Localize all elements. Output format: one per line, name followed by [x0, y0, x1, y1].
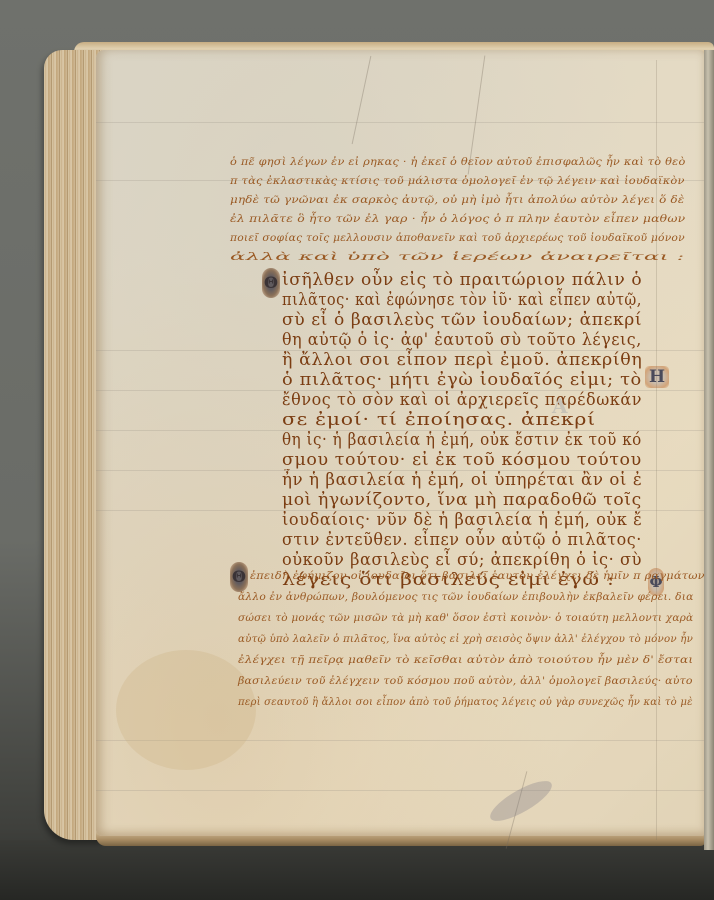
main-text-line: ἔθνος τὸ σὸν καὶ οἱ ἀρχιερεῖς παρέδωκάν — [282, 390, 642, 410]
crease — [352, 56, 372, 144]
decorated-initial: Θ — [230, 562, 248, 592]
gutter-next-page — [704, 50, 714, 850]
commentary-line: ἄλλο ἐν ἀνθρώπων, βουλόμενος τις τῶν ἰου… — [238, 591, 693, 603]
marginal-section-mark: H — [645, 366, 669, 388]
commentary-line: βασιλεύειν τοῦ ἐλέγχειν τοῦ κόσμου ποῦ α… — [238, 675, 693, 687]
commentary-line: σώσει τὸ μονάς τῶν μισῶν τὰ μὴ καθ' ὅσον… — [238, 612, 693, 624]
commentary-line: περὶ σεαυτοῦ ἢ ἄλλοι σοι εἶπον ἀπὸ τοῦ ῥ… — [238, 696, 693, 708]
decorated-initial: Θ — [262, 268, 280, 298]
ruling-line — [96, 790, 704, 791]
main-text-line: ἦν ἡ βασιλεία ἡ ἐμή, οἱ ὑπηρέται ἂν οἱ ἐ — [282, 470, 642, 490]
commentary-line: ἐπειδὴ ἐφήμιζον οἱ ἰουδαῖοι ὅτι βασιλεῖ … — [250, 570, 705, 582]
main-text-line: σμου τούτου· εἰ ἐκ τοῦ κόσμου τούτου — [282, 450, 642, 470]
main-text-line: οὐκοῦν βασιλεὺς εἶ σύ; ἀπεκρίθη ὁ ἰς· σὺ — [282, 550, 642, 570]
main-text-line: θη αὐτῷ ὁ ἰς· ἀφ' ἑαυτοῦ σὺ τοῦτο λέγεις… — [282, 330, 642, 350]
main-text-line: μοὶ ἠγωνίζοντο, ἵνα μὴ παραδοθῶ τοῖς — [282, 490, 642, 510]
commentary-line: ποιεῖ σοφίας τοῖς μελλουσιν ἀποθανεῖν κα… — [230, 232, 685, 244]
main-text-line: θη ἰς· ἡ βασιλεία ἡ ἐμή, οὐκ ἔστιν ἐκ το… — [282, 430, 642, 450]
main-text-line: ἰσῆλθεν οὖν εἰς τὸ πραιτώριον πάλιν ὁ — [282, 270, 642, 290]
fore-edge-stack — [44, 50, 104, 840]
faded-initial: Α — [552, 394, 568, 418]
main-text-line: στιν ἐντεῦθεν. εἶπεν οὖν αὐτῷ ὁ πιλᾶτος· — [282, 530, 642, 550]
main-text-line: ἰουδαίοις· νῦν δὲ ἡ βασιλεία ἡ ἐμή, οὐκ … — [282, 510, 642, 530]
main-text-line: πιλᾶτος· καὶ ἐφώνησε τὸν ἰῦ· καὶ εἶπεν α… — [282, 290, 642, 310]
main-text-line: ἢ ἄλλοι σοι εἶπον περὶ ἐμοῦ. ἀπεκρίθη — [282, 350, 642, 370]
main-text-line: σε ἐμοί· τί ἐποίησας. ἀπεκρί — [282, 410, 596, 430]
commentary-line: ἀλλὰ καὶ ὑπὸ τῶν ἱερέων ἀναιρεῖται : — [230, 251, 685, 263]
ruling-line — [96, 122, 704, 123]
commentary-line: ὁ πε̃ φησὶ λέγων ἐν εἰ ρηκας · ἡ ἐκεῖ ὁ … — [230, 156, 685, 168]
commentary-line: ἐλέγχει τῇ πεῖρᾳ μαθεῖν τὸ κεῖσθαι αὐτὸν… — [238, 654, 693, 666]
main-text-line: σὺ εἶ ὁ βασιλεὺς τῶν ἰουδαίων; ἀπεκρί — [282, 310, 642, 330]
commentary-line: μηδὲ τῶ γνῶναι ἐκ σαρκὸς ἀυτῷ, οὐ μὴ ἰμὸ… — [230, 194, 685, 206]
ink-smudge — [485, 774, 557, 828]
codex: ὁ πε̃ φησὶ λέγων ἐν εἰ ρηκας · ἡ ἐκεῖ ὁ … — [44, 40, 714, 855]
commentary-line: αὐτῷ ὑπὸ λαλεῖν ὁ πιλᾶτος, ἵνα αὐτὸς εἰ … — [238, 633, 693, 645]
commentary-line: ἐλ πιλᾶτε ὃ ἦτο τῶν ἐλ γαρ · ἦν ὁ λόγος … — [230, 213, 685, 225]
commentary-line: π τὰς ἐκλαστικὰς κτίσις τοῦ μάλιστα ὁμολ… — [230, 175, 685, 187]
water-stain — [116, 650, 256, 770]
main-text-line: ὁ πιλᾶτος· μήτι ἐγὼ ἰουδαῖός εἰμι; τὸ — [282, 370, 642, 390]
